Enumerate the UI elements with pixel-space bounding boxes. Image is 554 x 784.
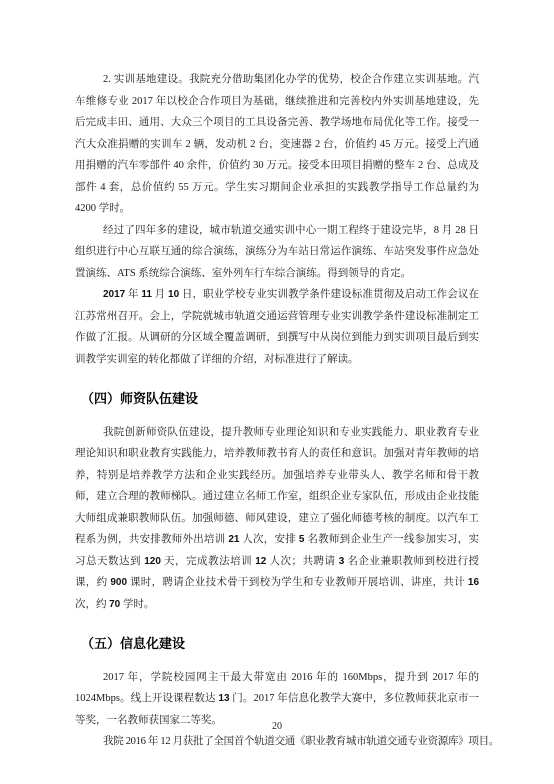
section-heading: （五）信息化建设 xyxy=(75,633,479,655)
page-footer: 20 xyxy=(0,716,554,734)
paragraph: 2. 实训基地建设。我院充分借助集团化办学的优势，校企合作建立实训基地。汽车维修… xyxy=(75,69,479,220)
bold-number: 2017 xyxy=(103,289,125,300)
text-run: 人次，安排 xyxy=(239,534,298,545)
bold-number: 10 xyxy=(168,289,179,300)
text-run: 我院 2016 年 12 月获批了全国首个轨道交通《职业教育城市轨道交通专业资源… xyxy=(103,736,499,747)
bold-number: 11 xyxy=(141,289,152,300)
bold-number: 16 xyxy=(468,577,479,588)
bold-number: 900 xyxy=(110,577,127,588)
document-body: 2. 实训基地建设。我院充分借助集团化办学的优势，校企合作建立实训基地。汽车维修… xyxy=(75,69,479,753)
bold-number: 21 xyxy=(228,534,239,545)
text-run: 课时，聘请企业技术骨干到校为学生和专业教师开展培训、讲座，共计 xyxy=(127,577,468,588)
document-page: 2. 实训基地建设。我院充分借助集团化办学的优势，校企合作建立实训基地。汽车维修… xyxy=(0,0,554,784)
page-number: 20 xyxy=(272,721,282,732)
paragraph: 我院 2016 年 12 月获批了全国首个轨道交通《职业教育城市轨道交通专业资源… xyxy=(75,731,479,753)
text-run: 2. 实训基地建设。我院充分借助集团化办学的优势，校企合作建立实训基地。汽车维修… xyxy=(75,74,479,214)
section-heading: （四）师资队伍建设 xyxy=(75,388,479,410)
text-run: 我院创新师资队伍建设，提升教师专业理论知识和专业实践能力、职业教育专业理论知识和… xyxy=(75,427,479,546)
text-run: 学时。 xyxy=(120,599,154,610)
text-run: 月 xyxy=(152,289,168,300)
text-run: 天，完成教法培训 xyxy=(161,556,255,567)
paragraph: 我院创新师资队伍建设，提升教师专业理论知识和专业实践能力、职业教育专业理论知识和… xyxy=(75,422,479,616)
bold-number: 70 xyxy=(109,599,120,610)
text-run: 经过了四年多的建设，城市轨道交通实训中心一期工程终于建设完毕，8 月 28 日组… xyxy=(75,225,479,279)
bold-number: 120 xyxy=(144,556,161,567)
text-run: 年 xyxy=(125,289,141,300)
paragraph: 2017 年 11 月 10 日，职业学校专业实训教学条件建设标准贯彻及启动工作… xyxy=(75,284,479,370)
bold-number: 12 xyxy=(255,556,266,567)
bold-number: 13 xyxy=(218,693,229,704)
text-run: 人次；共聘请 xyxy=(266,556,338,567)
paragraph: 经过了四年多的建设，城市轨道交通实训中心一期工程终于建设完毕，8 月 28 日组… xyxy=(75,220,479,285)
text-run: 次，约 xyxy=(75,599,109,610)
text-run: 日，职业学校专业实训教学条件建设标准贯彻及启动工作会议在江苏常州召开。会上，学院… xyxy=(75,289,479,365)
